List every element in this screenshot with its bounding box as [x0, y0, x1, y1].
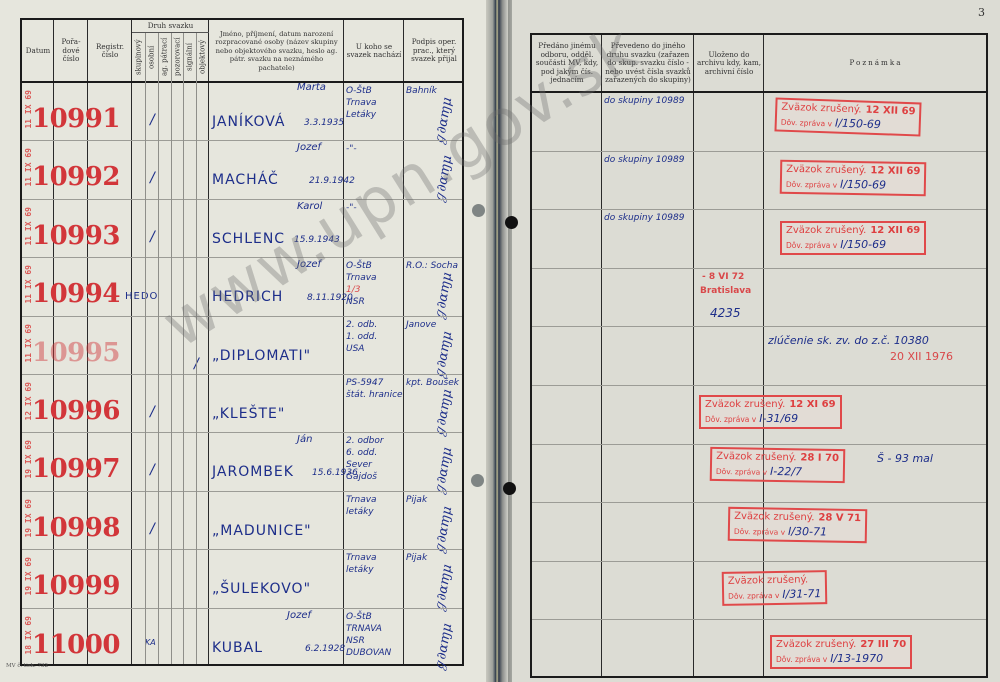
holder-line: Trnava [346, 98, 377, 108]
stamp-reference: I/31-71 [782, 587, 821, 601]
punch-hole [503, 482, 516, 495]
holder-line: Trnava [346, 273, 377, 283]
table-row: do skupiny 10989Zväzok zrušený.12 XII 69… [532, 209, 986, 268]
stamp-reference: I/13-1970 [830, 652, 883, 665]
table-row: 12 IX 6910996/„KLEŠTE"PS-5947štát. hrani… [22, 374, 462, 432]
surname: MACHÁČ [212, 172, 279, 188]
page-number: 3 [978, 6, 985, 19]
table-row: Zväzok zrušený.27 III 70Dôv. zpráva vI/1… [532, 619, 986, 678]
header-ulozeno: Uloženo do archivu kdy, kam, archivní čí… [694, 35, 764, 92]
cancellation-stamp: Zväzok zrušený.12 XII 69Dôv. zpráva vI/1… [780, 221, 926, 255]
holder-line: 6. odd. [346, 448, 377, 458]
left-page: Datum Pořa-dové číslo Registr. číslo Dru… [0, 0, 500, 682]
order-number: 10994 [32, 279, 120, 309]
cancellation-stamp: Zväzok zrušený.12 XI 69Dôv. zpráva vI-31… [699, 395, 842, 429]
archive-line: 4235 [710, 306, 741, 320]
header-registr-cislo: Registr. číslo [88, 20, 132, 82]
table-row: 19 IX 6910998/„MADUNICE"TrnavaletákyPija… [22, 491, 462, 549]
stamp-date: 12 XII 69 [865, 105, 915, 118]
stamp-title: Zväzok zrušený. [734, 511, 814, 523]
header-druh-sub: ag. pátrací [158, 33, 171, 81]
stamp-report-label: Dôv. zpráva v [716, 467, 767, 477]
surname: JAROMBEK [212, 464, 294, 480]
surname: „ŠULEKOVO" [212, 581, 311, 597]
type-mark: KA [145, 638, 156, 647]
order-number: 10998 [32, 513, 120, 543]
header-prevedeno: Převedeno do jiného druhu svazku (zařaze… [602, 35, 694, 92]
cancellation-stamp: Zväzok zrušený.28 I 70Dôv. zpráva vI-22/… [710, 446, 845, 482]
table-row: Zväzok zrušený.28 V 71Dôv. zpráva vI/30-… [532, 502, 986, 561]
registration-code: HEDO [125, 291, 158, 302]
transferred-to-group: do skupiny 10989 [604, 213, 684, 223]
cancellation-stamp: Zväzok zrušený.12 XII 69Dôv. zpráva vI/1… [780, 159, 927, 196]
stamp-reference: I/150-69 [840, 238, 886, 251]
punch-hole [505, 216, 518, 229]
stamp-date: 28 V 71 [818, 513, 861, 525]
stamp-date: 27 III 70 [860, 639, 906, 650]
holder-line: NSR [346, 636, 365, 646]
table-row: 11 IX 6910991/MartaJANÍKOVÁ3.3.1935O-ŠtB… [22, 82, 462, 140]
holder-line: DUBOVAN [346, 648, 391, 658]
stamp-title: Zväzok zrušený. [786, 163, 866, 175]
officer-name: Pijak [406, 553, 427, 563]
officer-name: kpt. Boušek [406, 378, 459, 388]
surname: JANÍKOVÁ [212, 114, 286, 130]
order-number: 10997 [32, 454, 120, 484]
stamp-date: 12 XII 69 [870, 165, 920, 177]
table-row: Š - 93 malZväzok zrušený.28 I 70Dôv. zpr… [532, 444, 986, 503]
officer-name: R.O.: Socha [406, 261, 458, 271]
table-row: - 8 VI 72Bratislava4235 [532, 268, 986, 327]
stamp-reference: I/30-71 [788, 525, 827, 539]
cancellation-stamp: Zväzok zrušený.28 V 71Dôv. zpráva vI/30-… [728, 507, 867, 543]
surname: „KLEŠTE" [212, 406, 285, 422]
stamp-title: Zväzok zrušený. [781, 102, 862, 116]
order-number: 10995 [32, 338, 120, 368]
register-table-left: Datum Pořa-dové číslo Registr. číslo Dru… [20, 18, 464, 666]
header-druh-sub: signální [183, 33, 196, 81]
holder-line: O-ŠtB [346, 612, 372, 622]
header-podpis: Podpis oper. prac., který svazek přijal [404, 20, 464, 82]
first-name: Jozef [297, 259, 321, 270]
remark-date: 20 XII 1976 [890, 350, 953, 363]
header-datum: Datum [22, 20, 54, 82]
table-row: Zväzok zrušený.12 XI 69Dôv. zpráva vI-31… [532, 385, 986, 444]
surname: „MADUNICE" [212, 523, 312, 539]
table-row: zlúčenie sk. zv. do z.č. 1038020 XII 197… [532, 326, 986, 385]
order-number: 10991 [32, 104, 120, 134]
header-poznamka: Poznámka [764, 35, 988, 92]
table-row: 11 IX 6910995/„DIPLOMATI"2. odb.1. odd.U… [22, 316, 462, 374]
table-row: do skupiny 10989Zväzok zrušený.12 XII 69… [532, 92, 986, 151]
order-number: 10996 [32, 396, 120, 426]
holder-line: Letáky [346, 110, 376, 120]
order-number: 10999 [32, 571, 120, 601]
surname: SCHLENC [212, 231, 285, 247]
stamp-report-label: Dôv. zpráva v [705, 415, 756, 424]
officer-name: Bahník [406, 86, 437, 96]
register-table-right: Předáno jinému odboru, odděl. součásti M… [530, 33, 988, 678]
holder-line: TRNAVA [346, 624, 382, 634]
cancellation-stamp: Zväzok zrušený.27 III 70Dôv. zpráva vI/1… [770, 635, 912, 669]
type-mark: / [150, 229, 155, 245]
table-row: 19 IX 6910999„ŠULEKOVO"TrnavaletákyPijak… [22, 549, 462, 607]
punch-hole [471, 474, 484, 487]
holder-line: Trnava [346, 553, 377, 563]
table-row: 18 IX 6911000KAJozefKUBAL6.2.1928O-ŠtBTR… [22, 608, 462, 666]
holder-line: NSR [346, 297, 365, 307]
first-name: Marta [297, 82, 326, 93]
stamp-title: Zväzok zrušený. [776, 639, 856, 650]
stamp-report-label: Dôv. zpráva v [776, 655, 827, 664]
type-mark: / [150, 521, 155, 537]
holder-line: 1/3 [346, 285, 360, 295]
stamp-title: Zväzok zrušený. [728, 574, 808, 586]
holder-line: letáky [346, 565, 374, 575]
stamp-report-label: Dôv. zpráva v [786, 241, 837, 250]
holder-line: letáky [346, 507, 374, 517]
cancellation-stamp: Zväzok zrušený.12 XII 69Dôv. zpráva vI/1… [774, 97, 921, 136]
archive-line: Bratislava [700, 286, 751, 296]
officer-name: Pijak [406, 495, 427, 505]
table-row: 11 IX 6910992/JozefMACHÁČ21.9.1942-"-ℊ∂α… [22, 140, 462, 198]
stamp-date: 12 XII 69 [870, 225, 920, 236]
stamp-reference: I-31/69 [759, 412, 798, 425]
holder-line: 2. odbor [346, 436, 384, 446]
type-mark: / [150, 404, 155, 420]
first-name: Ján [297, 434, 312, 445]
surname: HEDRICH [212, 289, 283, 305]
holder-line: štát. hranice [346, 390, 403, 400]
header-druh-sub: osobní [145, 33, 158, 81]
table-row: 11 IX 6910994HEDOJozefHEDRICH8.11.1920O-… [22, 257, 462, 315]
archive-line: - 8 VI 72 [702, 272, 744, 282]
stamp-title: Zväzok zrušený. [705, 399, 785, 410]
header-u-koho: U koho se svazek nachází [344, 20, 404, 82]
stamp-title: Zväzok zrušený. [786, 225, 866, 236]
first-name: Karol [297, 201, 322, 212]
holder-line: -"- [346, 203, 357, 213]
stamp-date: 12 XI 69 [789, 399, 835, 410]
table-row: Zväzok zrušený.Dôv. zpráva vI/31-71 [532, 561, 986, 620]
holder-line: Sever [346, 460, 372, 470]
stamp-reference: I-22/7 [770, 464, 802, 478]
holder-line: Trnava [346, 495, 377, 505]
table-row: do skupiny 10989Zväzok zrušený.12 XII 69… [532, 151, 986, 210]
punch-hole [472, 204, 485, 217]
remark-note: zlúčenie sk. zv. do z.č. 10380 [768, 334, 929, 347]
birth-date: 6.2.1928 [305, 644, 345, 654]
book-spine [486, 0, 508, 682]
header-druh-sub: skupinový [132, 33, 145, 81]
first-name: Jozef [297, 142, 321, 153]
holder-line: USA [346, 344, 364, 354]
holder-line: PS-5947 [346, 378, 383, 388]
table-row: 11 IX 6910993/KarolSCHLENC15.9.1943-"- [22, 199, 462, 257]
transferred-to-group: do skupiny 10989 [604, 155, 684, 165]
form-code: MV č. tisk. 732 [6, 663, 48, 669]
holder-line: O-ŠtB [346, 86, 372, 96]
cancellation-stamp: Zväzok zrušený.Dôv. zpráva vI/31-71 [722, 570, 828, 606]
table-row: 19 IX 6910997/JánJAROMBEK15.6.19362. odb… [22, 432, 462, 490]
surname: „DIPLOMATI" [212, 348, 311, 364]
holder-line: 2. odb. [346, 320, 377, 330]
birth-date: 15.9.1943 [294, 235, 340, 245]
holder-line: 1. odd. [346, 332, 377, 342]
officer-signature: ℊ∂αɱμ [428, 621, 455, 673]
order-number: 10992 [32, 162, 120, 192]
stamp-report-label: Dôv. zpráva v [728, 591, 779, 601]
right-page: Předáno jinému odboru, odděl. součásti M… [512, 0, 1000, 682]
header-jmeno: Jméno, příjmení, datum narození rozpraco… [209, 20, 344, 82]
order-number: 11000 [32, 630, 120, 660]
stamp-report-label: Dôv. zpráva v [786, 179, 837, 189]
stamp-report-label: Dôv. zpráva v [734, 527, 785, 537]
birth-date: 21.9.1942 [309, 176, 355, 186]
stamp-reference: I/150-69 [840, 177, 886, 191]
stamp-title: Zväzok zrušený. [716, 451, 796, 463]
officer-name: Janove [406, 320, 436, 330]
header-druh-svazku: Druh svazku [132, 20, 209, 32]
holder-line: -"- [346, 144, 357, 154]
stamp-date: 28 I 70 [800, 452, 839, 464]
header-poradove-cislo: Pořa-dové číslo [54, 20, 88, 82]
birth-date: 3.3.1935 [304, 118, 344, 128]
holder-line: Gajdoš [346, 472, 377, 482]
first-name: Jozef [287, 610, 311, 621]
stamp-report-label: Dôv. zpráva v [781, 118, 833, 129]
surname: KUBAL [212, 640, 263, 656]
holder-line: O-ŠtB [346, 261, 372, 271]
transferred-to-group: do skupiny 10989 [604, 96, 684, 106]
remark-note: Š - 93 mal [877, 452, 933, 465]
type-mark: / [150, 112, 155, 128]
type-mark: / [150, 462, 155, 478]
type-mark: / [150, 170, 155, 186]
header-druh-sub: pozorovací [171, 33, 184, 81]
order-number: 10993 [32, 221, 120, 251]
header-predano: Předáno jinému odboru, odděl. součásti M… [532, 35, 602, 92]
stamp-reference: I/150-69 [835, 117, 881, 132]
